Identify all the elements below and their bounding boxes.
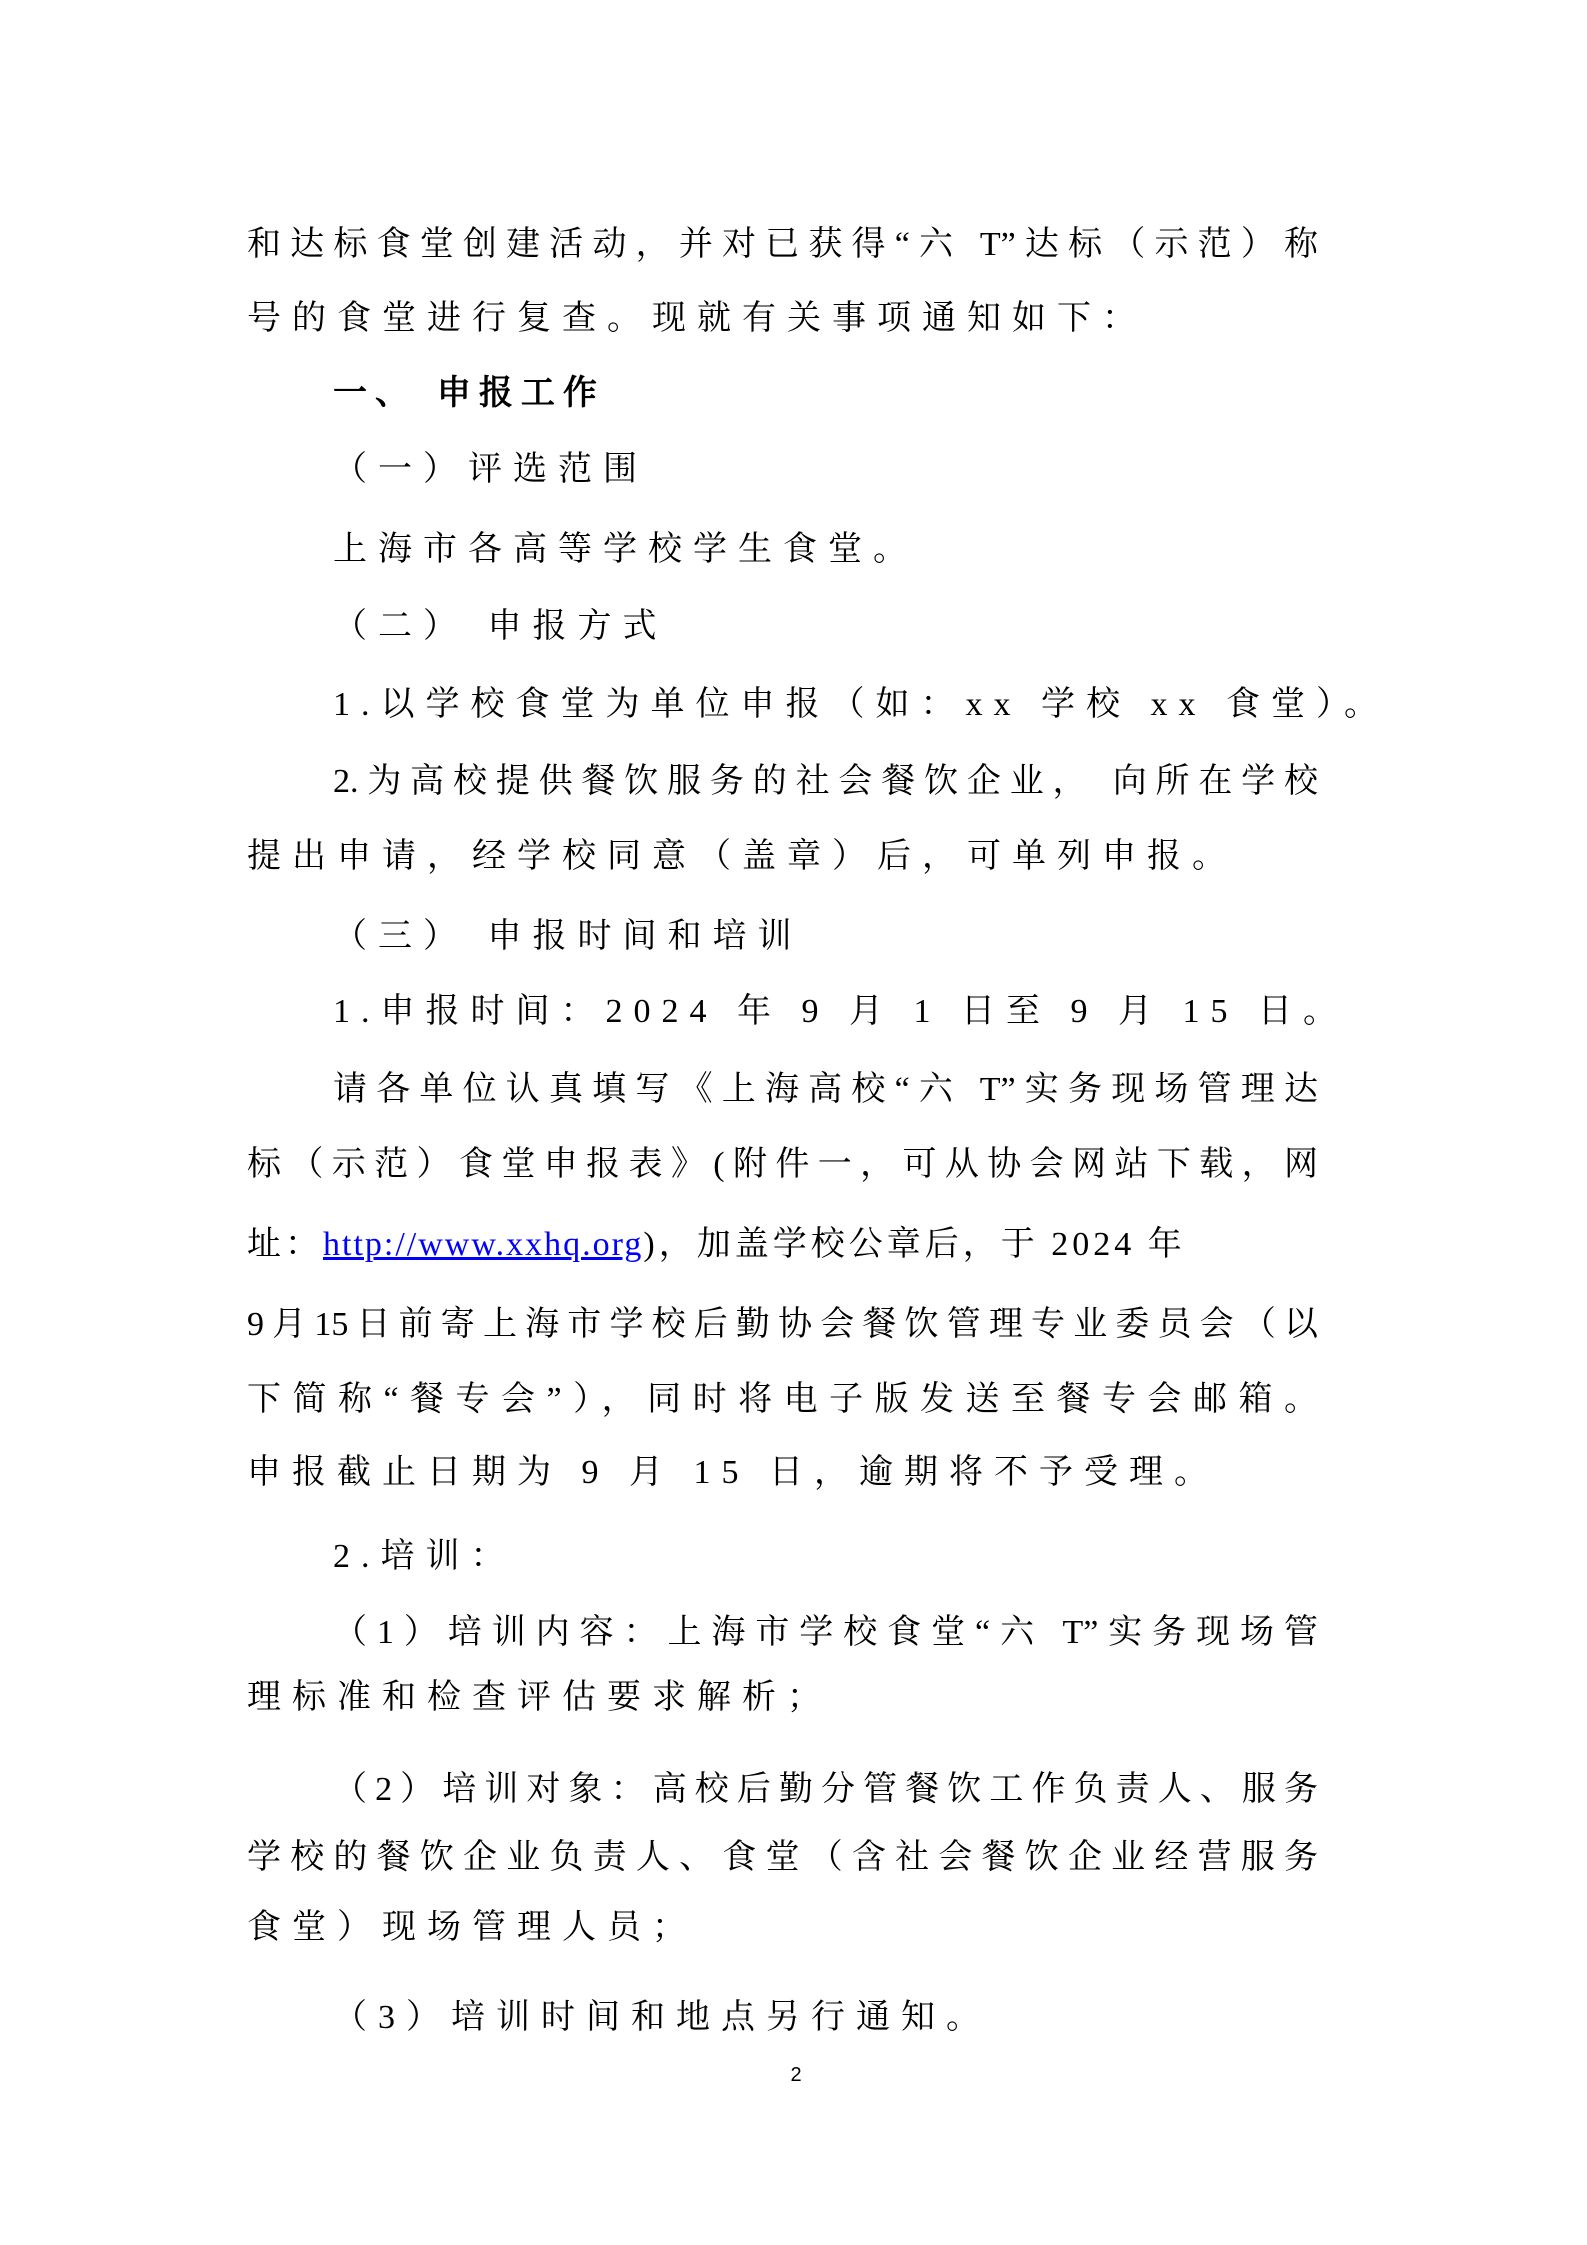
link-prefix: 址：	[247, 1226, 323, 1263]
paragraph-line: 食堂）现场管理人员；	[247, 1904, 1318, 1952]
list-item-2: 2.为高校提供餐饮服务的社会餐饮企业， 向所在学校	[333, 758, 1318, 806]
paragraph-line: 理标准和检查评估要求解析；	[247, 1674, 1318, 1722]
subsection-heading-1: （一）评选范围	[333, 446, 1318, 494]
link-suffix: )，加盖学校公章后，于 2024 年	[643, 1226, 1185, 1263]
list-item-2: 2.培训：	[333, 1533, 1318, 1581]
document-page: 和达标食堂创建活动，并对已获得“六 T”达标（示范）称 号的食堂进行复查。现就有…	[0, 0, 1587, 2245]
list-item-1: 1.申报时间：2024 年 9 月 1 日至 9 月 15 日。	[333, 988, 1318, 1036]
paragraph-line-with-link: 址：http://www.xxhq.org)，加盖学校公章后，于 2024 年	[247, 1221, 1318, 1269]
subsection-heading-2: （二） 申报方式	[333, 603, 1318, 651]
association-website-link[interactable]: http://www.xxhq.org	[323, 1226, 643, 1263]
paragraph-line: 标（示范）食堂申报表》(附件一，可从协会网站下载，网	[247, 1141, 1318, 1189]
paragraph-line: 号的食堂进行复查。现就有关事项通知如下：	[247, 295, 1318, 343]
sub-list-item-3: （3）培训时间和地点另行通知。	[333, 1994, 1318, 2042]
sub-list-item-2: （2）培训对象：高校后勤分管餐饮工作负责人、服务	[333, 1766, 1318, 1814]
paragraph-line: 和达标食堂创建活动，并对已获得“六 T”达标（示范）称	[247, 221, 1318, 269]
page-number: 2	[786, 2064, 806, 2087]
paragraph-line: 学校的餐饮企业负责人、食堂（含社会餐饮企业经营服务	[247, 1834, 1318, 1882]
paragraph-line: 请各单位认真填写《上海高校“六 T”实务现场管理达	[333, 1066, 1318, 1114]
subsection-heading-3: （三） 申报时间和培训	[333, 913, 1318, 961]
paragraph-line: 下简称“餐专会”），同时将电子版发送至餐专会邮箱。	[247, 1376, 1318, 1424]
list-item-1: 1.以学校食堂为单位申报（如：xx 学校 xx 食堂）。	[333, 681, 1318, 729]
paragraph-line: 申报截止日期为 9 月 15 日，逾期将不予受理。	[247, 1449, 1318, 1497]
paragraph-line: 上海市各高等学校学生食堂。	[333, 526, 1318, 574]
paragraph-line: 9月15日前寄上海市学校后勤协会餐饮管理专业委员会（以	[247, 1301, 1318, 1349]
section-heading-1: 一、 申报工作	[333, 369, 1318, 417]
sub-list-item-1: （1）培训内容：上海市学校食堂“六 T”实务现场管	[333, 1609, 1318, 1657]
paragraph-line: 提出申请，经学校同意（盖章）后，可单列申报。	[247, 833, 1318, 881]
